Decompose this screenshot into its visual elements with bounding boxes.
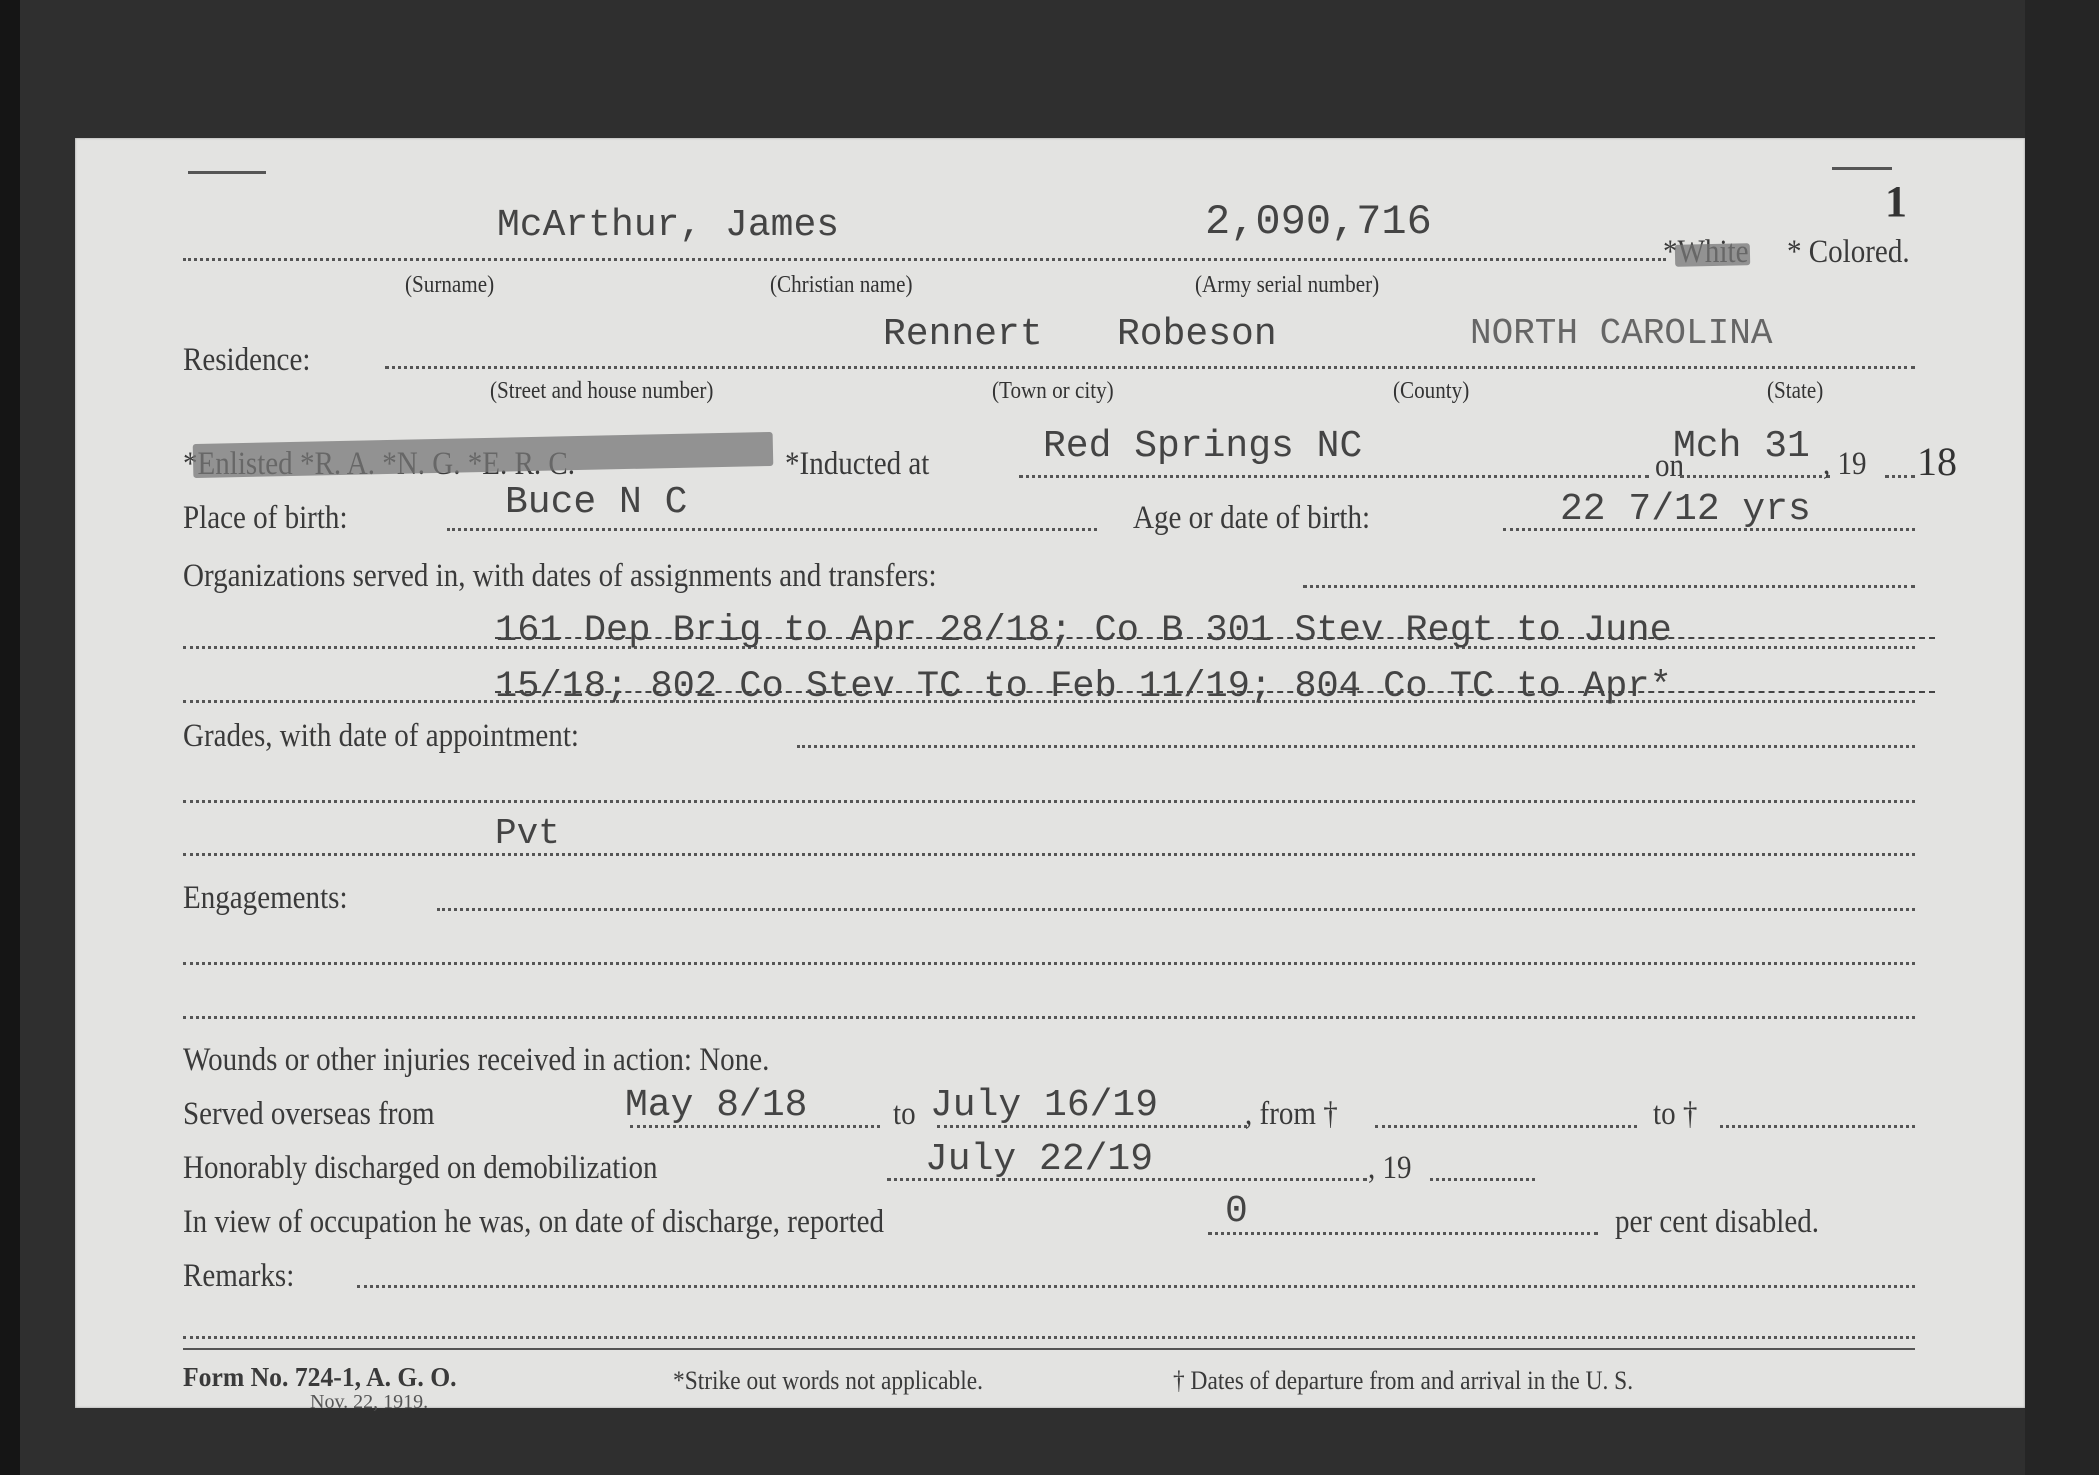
organization-entry-2-strike <box>495 691 1935 693</box>
place-of-birth: Buce N C <box>505 481 687 524</box>
engagements-label: Engagements: <box>183 880 348 917</box>
residence-line <box>385 366 1915 369</box>
wounds-label: Wounds or other injuries received in act… <box>183 1042 769 1079</box>
year-prefix: , 19 <box>1823 446 1867 483</box>
arrival-line <box>1720 1125 1915 1128</box>
grades-label: Grades, with date of appointment: <box>183 718 579 755</box>
served-overseas-label: Served overseas from <box>183 1096 435 1133</box>
state-caption: (State) <box>1767 378 1823 405</box>
disability-suffix: per cent disabled. <box>1615 1204 1819 1241</box>
residence-label: Residence: <box>183 342 310 379</box>
discharge-label: Honorably discharged on demobilization <box>183 1150 657 1187</box>
christian-name-caption: (Christian name) <box>770 272 913 299</box>
form-date: Nov. 22, 1919. <box>310 1391 428 1414</box>
remarks-label: Remarks: <box>183 1258 294 1295</box>
organization-entry-1: 161 Dep Brig to Apr 28/18; Co B 301 Stev… <box>495 610 1672 652</box>
dagger-note: † Dates of departure from and arrival in… <box>1173 1366 1633 1396</box>
discharge-year-line <box>1430 1178 1535 1181</box>
remarks-line-0 <box>357 1285 1915 1288</box>
discharge-date: July 22/19 <box>925 1138 1153 1181</box>
inducted-place: Red Springs NC <box>1043 425 1362 468</box>
name-typed: McArthur, James <box>497 204 839 247</box>
place-of-birth-label: Place of birth: <box>183 500 348 537</box>
place-of-birth-line <box>447 528 1097 531</box>
street-caption: (Street and house number) <box>490 378 713 405</box>
departure-label: , from † <box>1245 1096 1338 1133</box>
scan-border-right <box>2025 0 2099 1475</box>
discharge-year-label: , 19 <box>1368 1150 1412 1187</box>
grades-line-2 <box>183 853 1915 856</box>
overseas-to-label: to <box>893 1096 916 1133</box>
year-line <box>1885 475 1915 478</box>
form-number: Form No. 724-1, A. G. O. <box>183 1362 457 1393</box>
corner-mark-left <box>188 171 266 174</box>
engagements-line-0 <box>437 908 1915 911</box>
organization-entry-2: 15/18; 802 Co Stev TC to Feb 11/19; 804 … <box>495 666 1672 708</box>
induction-year: 18 <box>1917 438 1957 485</box>
strike-out-note: *Strike out words not applicable. <box>673 1366 983 1396</box>
town-caption: (Town or city) <box>992 378 1114 405</box>
organizations-label: Organizations served in, with dates of a… <box>183 558 937 595</box>
residence-county: Robeson <box>1117 313 1277 356</box>
name-line <box>183 258 1666 261</box>
inducted-line <box>1019 475 1649 478</box>
disability-value: 0 <box>1225 1190 1248 1233</box>
organization-entry-1-strike <box>495 637 1935 639</box>
residence-state: NORTH CAROLINA <box>1470 313 1772 354</box>
age-value: 22 7/12 yrs <box>1560 488 1811 531</box>
induction-date-line <box>1680 475 1830 478</box>
card-number: 1 <box>1885 176 1907 227</box>
serial-caption: (Army serial number) <box>1195 272 1379 299</box>
scan-border-left <box>0 0 20 1475</box>
surname-caption: (Surname) <box>405 272 494 299</box>
grades-line-0 <box>797 745 1915 748</box>
enlisted-strikeout-mark <box>193 432 774 478</box>
disability-label: In view of occupation he was, on date of… <box>183 1204 884 1241</box>
induction-date: Mch 31 <box>1673 425 1810 468</box>
departure-line <box>1375 1125 1637 1128</box>
service-record-card: 1 McArthur, James 2,090,716 *White * Col… <box>75 138 2025 1408</box>
remarks-line-1 <box>183 1336 1915 1339</box>
arrival-label: to † <box>1653 1096 1697 1133</box>
grades-line-1 <box>183 800 1915 803</box>
county-caption: (County) <box>1393 378 1469 405</box>
overseas-to-date: July 16/19 <box>930 1084 1158 1127</box>
white-strikeout-mark <box>1675 243 1750 267</box>
serial-typed: 2,090,716 <box>1205 198 1432 246</box>
footer-rule <box>183 1348 1915 1350</box>
engagements-line-2 <box>183 1016 1915 1019</box>
inducted-at-label: *Inducted at <box>785 446 929 483</box>
disability-line <box>1208 1232 1598 1235</box>
grade-value: Pvt <box>495 813 560 854</box>
age-label: Age or date of birth: <box>1133 500 1370 537</box>
race-colored-label: * Colored. <box>1787 234 1910 271</box>
overseas-from-date: May 8/18 <box>625 1084 807 1127</box>
organizations-line-0 <box>1303 585 1915 588</box>
engagements-line-1 <box>183 962 1915 965</box>
residence-town: Rennert <box>883 313 1043 356</box>
corner-mark-right <box>1832 167 1892 170</box>
